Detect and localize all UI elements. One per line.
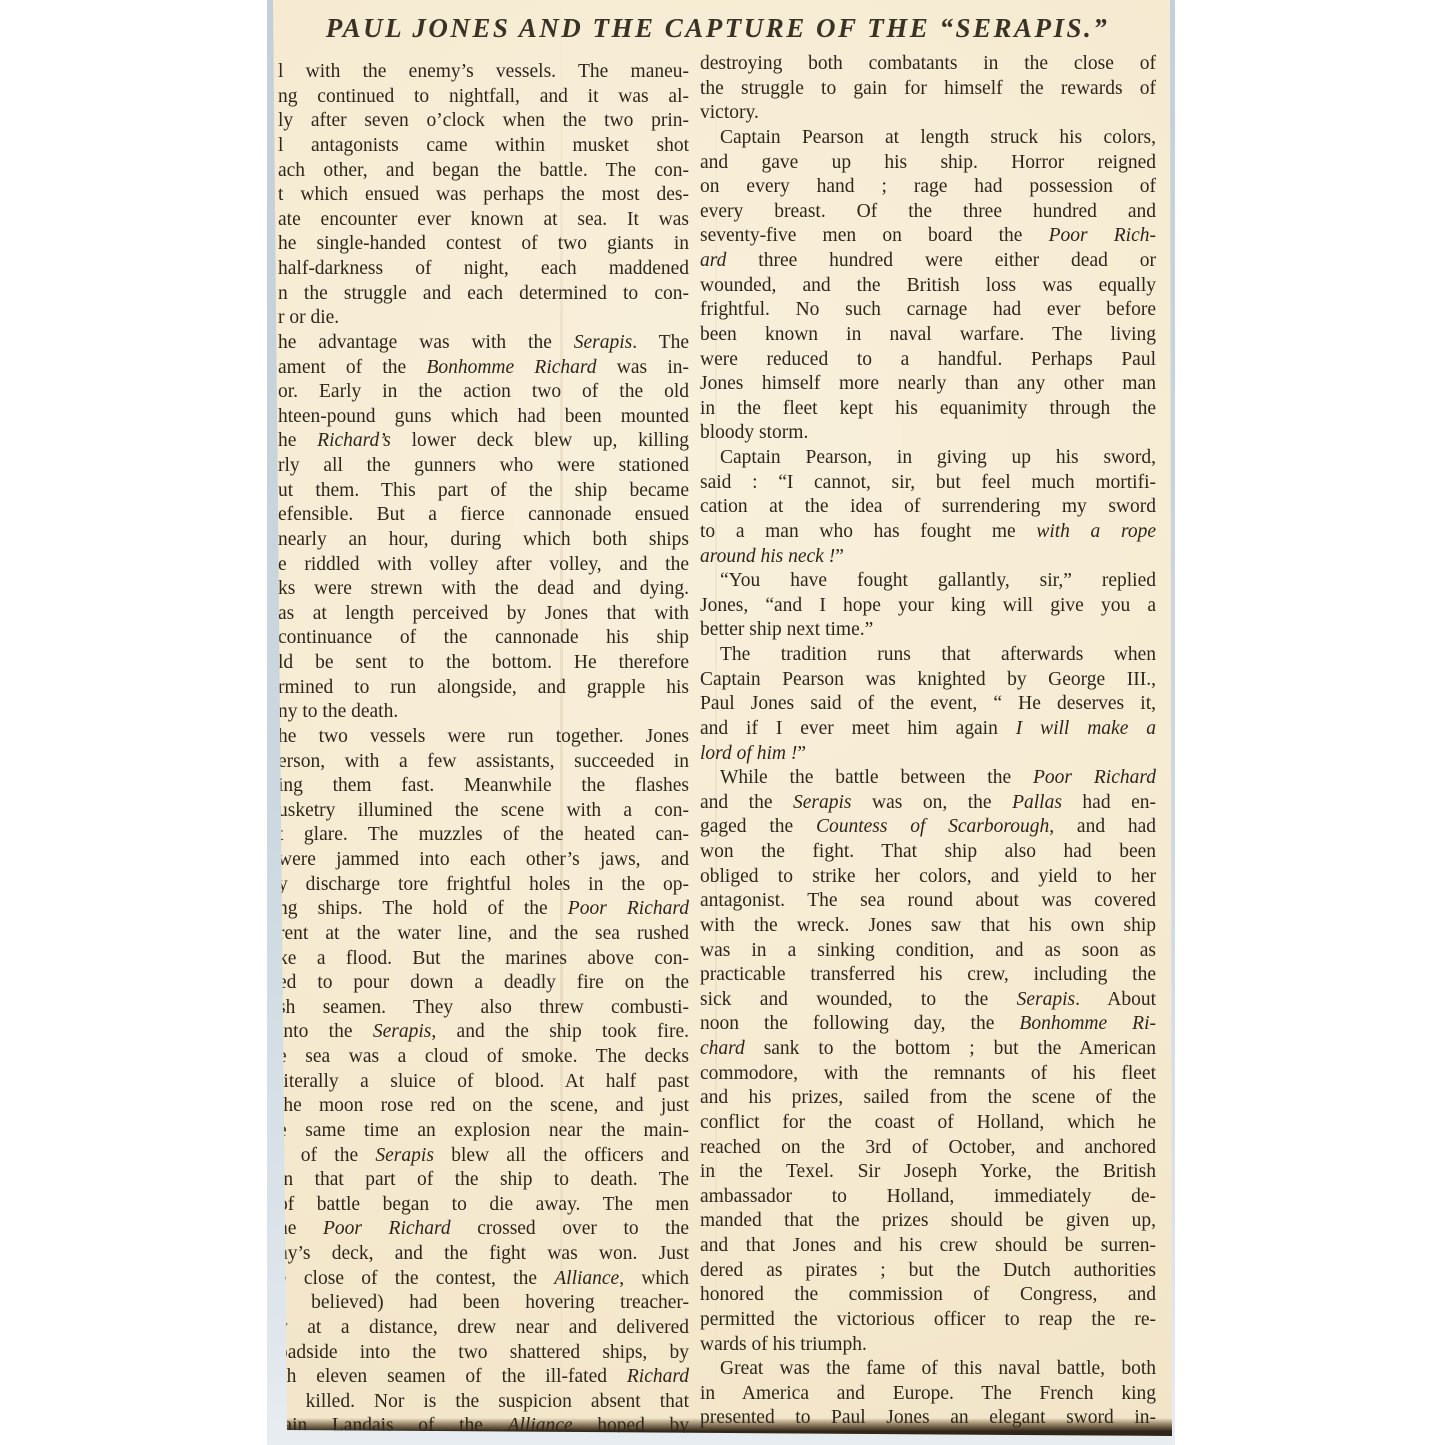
article-column-right: destroying both combatants in the close … <box>700 52 1156 1431</box>
text-line: manded that the prizes should be given u… <box>700 1209 1156 1234</box>
newspaper-clipping: PAUL JONES AND THE CAPTURE OF THE “SERAP… <box>271 0 1172 1443</box>
text-line: t of the Serapis blew all the officers a… <box>278 1144 689 1169</box>
text-line: in the Texel. Sir Joseph Yorke, the Brit… <box>700 1160 1156 1185</box>
text-line: e sea was a cloud of smoke. The decks <box>278 1045 689 1070</box>
scan-background: { "article": { "title": "PAUL JONES AND … <box>0 0 1445 1445</box>
text-line: in that part of the ship to death. The <box>278 1168 689 1193</box>
text-line: lord of him !” <box>700 742 1156 767</box>
text-line: were jammed into each other’s jaws, and <box>278 848 689 873</box>
text-line: presented to Paul Jones an elegant sword… <box>700 1406 1156 1431</box>
article-title: PAUL JONES AND THE CAPTURE OF THE “SERAP… <box>315 13 1120 44</box>
text-line: he single-handed contest of two giants i… <box>278 232 689 257</box>
text-line: rmined to run alongside, and grapple his <box>278 676 689 701</box>
text-line: Captain Pearson, in giving up his sword, <box>700 446 1156 471</box>
text-line: gaged the Countess of Scarborough, and h… <box>700 815 1156 840</box>
text-line: ly after seven o’clock when the two prin… <box>278 109 689 134</box>
text-line: won the fight. That ship also had been <box>700 840 1156 865</box>
text-line: ld be sent to the bottom. He therefore <box>278 651 689 676</box>
text-line: wards of his triumph. <box>700 1333 1156 1358</box>
text-line: in America and Europe. The French king <box>700 1382 1156 1407</box>
text-line: oadside into the two shattered ships, by <box>278 1341 689 1366</box>
text-line: or. Early in the action two of the old <box>278 380 689 405</box>
text-line: ng ships. The hold of the Poor Richard <box>278 897 689 922</box>
text-line: ke a flood. But the marines above con- <box>278 947 689 972</box>
text-line: honored the commission of Congress, and <box>700 1283 1156 1308</box>
text-line: been known in naval warfare. The living <box>700 323 1156 348</box>
text-line: ed to pour down a deadly fire on the <box>278 971 689 996</box>
text-line: Jones himself more nearly than any other… <box>700 372 1156 397</box>
text-line: While the battle between the Poor Richar… <box>700 766 1156 791</box>
text-line: permitted the victorious officer to reap… <box>700 1308 1156 1333</box>
text-line: ny’s deck, and the fight was won. Just <box>278 1242 689 1267</box>
text-line: practicable transferred his crew, includ… <box>700 963 1156 988</box>
text-line: Paul Jones said of the event, “ He deser… <box>700 692 1156 717</box>
text-line: t which ensued was perhaps the most des- <box>278 183 689 208</box>
text-line: antagonist. The sea round about was cove… <box>700 889 1156 914</box>
text-line: cation at the idea of surrendering my sw… <box>700 495 1156 520</box>
text-line: on every hand ; rage had possession of <box>700 175 1156 200</box>
text-line: l with the enemy’s vessels. The maneu- <box>278 60 689 85</box>
text-line: and gave up his ship. Horror reigned <box>700 151 1156 176</box>
text-line: usketry illumined the scene with a con- <box>278 799 689 824</box>
text-line: seventy-five men on board the Poor Rich- <box>700 224 1156 249</box>
text-line: ate encounter ever known at sea. It was <box>278 208 689 233</box>
text-line: nearly an hour, during which both ships <box>278 528 689 553</box>
text-line: sh seamen. They also threw combusti- <box>278 996 689 1021</box>
text-line: ch eleven seamen of the ill-fated Richar… <box>278 1365 689 1390</box>
text-line: hteen-pound guns which had been mounted <box>278 405 689 430</box>
text-line: was in a sinking condition, and as soon … <box>700 939 1156 964</box>
text-line: ambassador to Holland, immediately de- <box>700 1185 1156 1210</box>
text-line: better ship next time.” <box>700 618 1156 643</box>
text-line: ks were strewn with the dead and dying. <box>278 577 689 602</box>
text-line: into the Serapis, and the ship took fire… <box>278 1020 689 1045</box>
text-line: the struggle to gain for himself the rew… <box>700 77 1156 102</box>
text-line: he Richard’s lower deck blew up, killing <box>278 429 689 454</box>
text-line: s believed) had been hovering treacher- <box>278 1291 689 1316</box>
text-line: r or die. <box>278 306 689 331</box>
text-line: destroying both combatants in the close … <box>700 52 1156 77</box>
text-line: and if I ever meet him again I will make… <box>700 717 1156 742</box>
text-line: continuance of the cannonade his ship <box>278 626 689 651</box>
text-line: ny to the death. <box>278 700 689 725</box>
text-line: e riddled with volley after volley, and … <box>278 553 689 578</box>
text-line: he advantage was with the Serapis. The <box>278 331 689 356</box>
text-line: n the struggle and each determined to co… <box>278 282 689 307</box>
text-line: ng continued to nightfall, and it was al… <box>278 85 689 110</box>
text-line: Great was the fame of this naval battle,… <box>700 1357 1156 1382</box>
text-line: he Poor Richard crossed over to the <box>278 1217 689 1242</box>
text-line: with the wreck. Jones saw that his own s… <box>700 914 1156 939</box>
text-line: ing them fast. Meanwhile the flashes <box>278 774 689 799</box>
text-line: half-darkness of night, each maddened <box>278 257 689 282</box>
text-line: Captain Pearson was knighted by George I… <box>700 668 1156 693</box>
text-line: dered as pirates ; but the Dutch authori… <box>700 1259 1156 1284</box>
text-line: sick and wounded, to the Serapis. About <box>700 988 1156 1013</box>
text-line: in the fleet kept his equanimity through… <box>700 397 1156 422</box>
text-line: y discharge tore frightful holes in the … <box>278 873 689 898</box>
text-line: reached on the 3rd of October, and ancho… <box>700 1136 1156 1161</box>
text-line: “You have fought gallantly, sir,” replie… <box>700 569 1156 594</box>
text-line: noon the following day, the Bonhomme Ri- <box>700 1012 1156 1037</box>
text-line: of battle began to die away. The men <box>278 1193 689 1218</box>
text-line: conflict for the coast of Holland, which… <box>700 1111 1156 1136</box>
text-line: and his prizes, sailed from the scene of… <box>700 1086 1156 1111</box>
text-line: to a man who has fought me with a rope <box>700 520 1156 545</box>
text-line: every breast. Of the three hundred and <box>700 200 1156 225</box>
text-line: ut them. This part of the ship became <box>278 479 689 504</box>
text-line: e close of the contest, the Alliance, wh… <box>278 1267 689 1292</box>
text-line: ach other, and began the battle. The con… <box>278 159 689 184</box>
text-line: as at length perceived by Jones that wit… <box>278 602 689 627</box>
text-line: l antagonists came within musket shot <box>278 134 689 159</box>
text-line: victory. <box>700 101 1156 126</box>
text-line: around his neck !” <box>700 545 1156 570</box>
text-line: and the Serapis was on, the Pallas had e… <box>700 791 1156 816</box>
text-line: efensible. But a fierce cannonade ensued <box>278 503 689 528</box>
text-line: and that Jones and his crew should be su… <box>700 1234 1156 1259</box>
text-line: were reduced to a handful. Perhaps Paul <box>700 348 1156 373</box>
text-line: The tradition runs that afterwards when <box>700 643 1156 668</box>
text-line: ard three hundred were either dead or <box>700 249 1156 274</box>
text-line: commodore, with the remnants of his flee… <box>700 1062 1156 1087</box>
text-line: literally a sluice of blood. At half pas… <box>278 1070 689 1095</box>
text-line: rly all the gunners who were stationed <box>278 454 689 479</box>
text-line: the moon rose red on the scene, and just <box>278 1094 689 1119</box>
text-line: erson, with a few assistants, succeeded … <box>278 750 689 775</box>
text-line: Captain Pearson at length struck his col… <box>700 126 1156 151</box>
text-line: obliged to strike her colors, and yield … <box>700 865 1156 890</box>
article-column-left: l with the enemy’s vessels. The maneu-ng… <box>278 60 689 1439</box>
text-line: chard sank to the bottom ; but the Ameri… <box>700 1037 1156 1062</box>
text-line: Jones, “and I hope your king will give y… <box>700 594 1156 619</box>
text-line: y at a distance, drew near and delivered <box>278 1316 689 1341</box>
text-line: wounded, and the British loss was equall… <box>700 274 1156 299</box>
text-line: ament of the Bonhomme Richard was in- <box>278 356 689 381</box>
text-line: he two vessels were run together. Jones <box>278 725 689 750</box>
text-line: rent at the water line, and the sea rush… <box>278 922 689 947</box>
text-line: frightful. No such carnage had ever befo… <box>700 298 1156 323</box>
text-line: e killed. Nor is the suspicion absent th… <box>278 1390 689 1415</box>
text-line: t glare. The muzzles of the heated can- <box>278 823 689 848</box>
text-line: e same time an explosion near the main- <box>278 1119 689 1144</box>
text-line: bloody storm. <box>700 421 1156 446</box>
text-line: said : “I cannot, sir, but feel much mor… <box>700 471 1156 496</box>
